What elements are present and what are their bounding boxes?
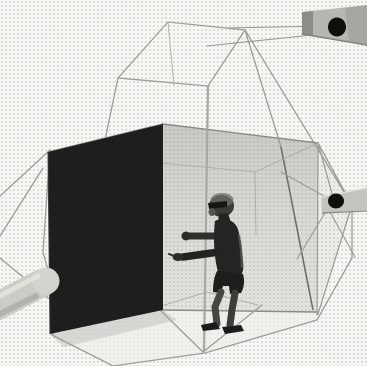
cave-figure — [0, 0, 367, 366]
halftone-grain-overlay — [0, 0, 367, 366]
cave-illustration — [0, 0, 367, 366]
